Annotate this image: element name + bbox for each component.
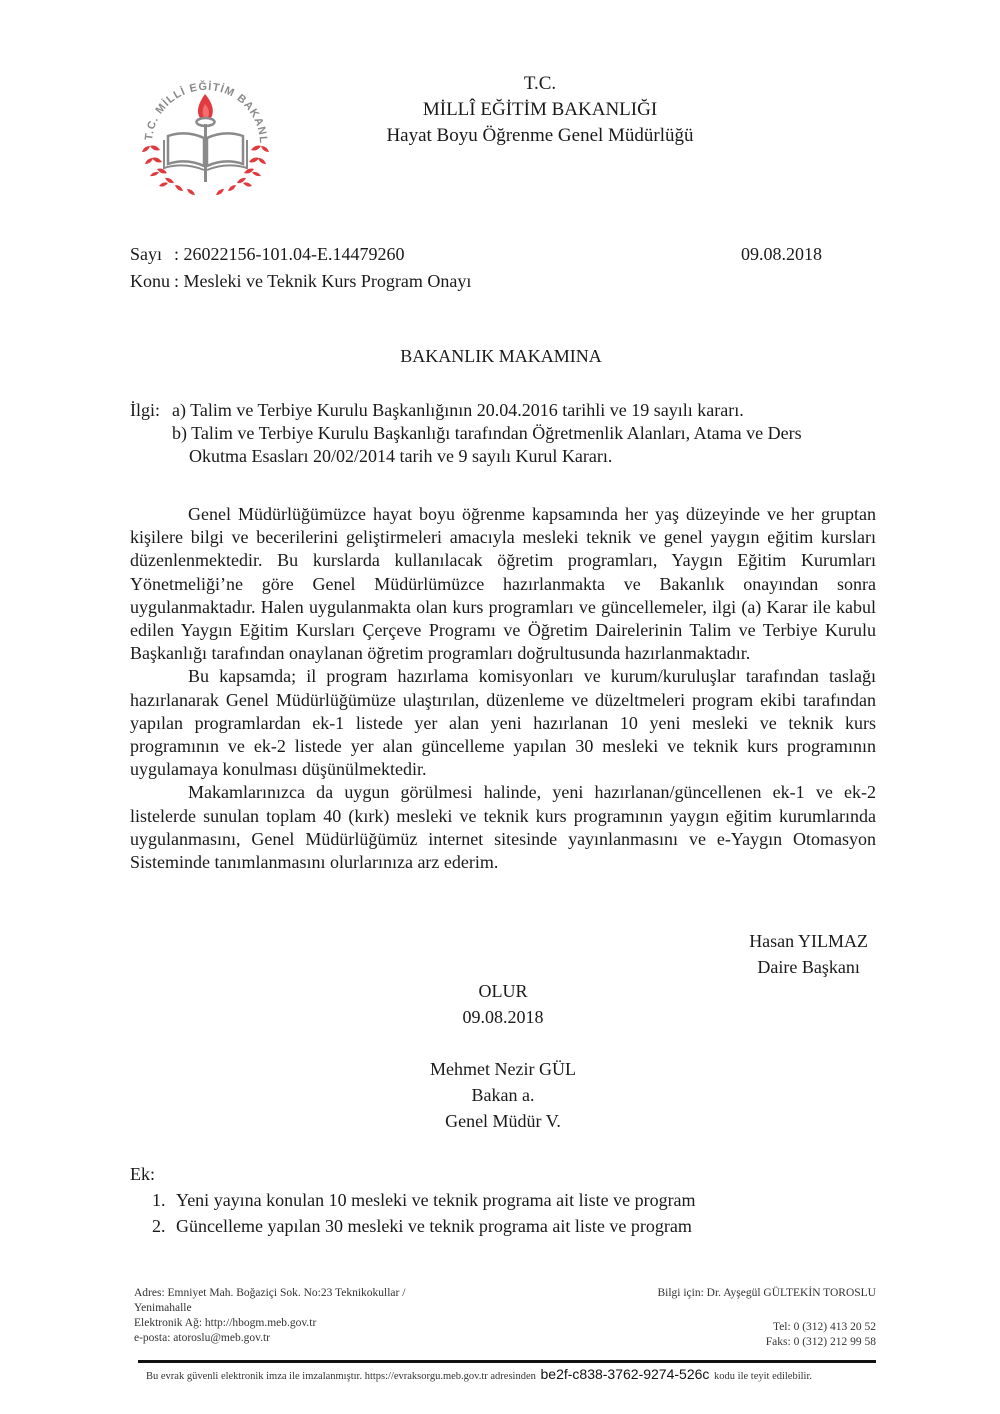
body-paragraph: Bu kapsamda; il program hazırlama komisy… [130, 665, 876, 781]
footer-info: Bilgi için: Dr. Ayşegül GÜLTEKİN TOROSLU [657, 1286, 876, 1301]
footer-tel: Tel: 0 (312) 413 20 52 [766, 1320, 876, 1335]
verification-prefix: Bu evrak güvenli elektronik imza ile imz… [146, 1371, 536, 1382]
body-paragraph: Makamlarınızca da uygun görülmesi halind… [130, 781, 876, 874]
header-tc: T.C. [340, 72, 740, 96]
footer-contact: Adres: Emniyet Mah. Boğaziçi Sok. No:23 … [134, 1286, 474, 1346]
footer-email: e-posta: atoroslu@meb.gov.tr [134, 1331, 474, 1346]
approver-title: Genel Müdür V. [380, 1108, 626, 1134]
approver-block: Mehmet Nezir GÜL Bakan a. Genel Müdür V. [380, 1056, 626, 1134]
verification-code: be2f-c838-3762-9274-526c [539, 1366, 712, 1382]
addressee: BAKANLIK MAKAMINA [130, 346, 872, 367]
ilgi-a: İlgi:a) Talim ve Terbiye Kurulu Başkanlı… [130, 399, 802, 422]
attachment-item: Yeni yayına konulan 10 mesleki ve teknik… [170, 1187, 696, 1213]
document-date: 09.08.2018 [741, 243, 822, 265]
letter-body: Genel Müdürlüğümüzce hayat boyu öğrenme … [130, 503, 876, 874]
approver-role: Bakan a. [380, 1082, 626, 1108]
attachments: Ek: Yeni yayına konulan 10 mesleki ve te… [130, 1161, 696, 1239]
ilgi-b-line2: Okutma Esasları 20/02/2014 tarih ve 9 sa… [130, 445, 802, 468]
footer-address-2: Yenimahalle [134, 1301, 474, 1316]
signer-title: Daire Başkanı [749, 954, 868, 980]
header-directorate: Hayat Boyu Öğrenme Genel Müdürlüğü [340, 124, 740, 148]
verification-note: Bu evrak güvenli elektronik imza ile imz… [146, 1366, 812, 1382]
meb-emblem-icon: T.C. MİLLİ EĞİTİM BAKANLIĞI [138, 66, 273, 198]
approval-date: 09.08.2018 [380, 1004, 626, 1030]
footer-divider [138, 1360, 876, 1363]
header-ministry: MİLLÎ EĞİTİM BAKANLIĞI [340, 98, 740, 122]
attachments-label: Ek: [130, 1161, 696, 1187]
footer-address: Adres: Emniyet Mah. Boğaziçi Sok. No:23 … [134, 1286, 474, 1301]
signer-block: Hasan YILMAZ Daire Başkanı [749, 928, 868, 980]
footer-fax: Faks: 0 (312) 212 99 58 [766, 1335, 876, 1350]
body-paragraph: Genel Müdürlüğümüzce hayat boyu öğrenme … [130, 503, 876, 665]
ilgi-label: İlgi: [130, 399, 172, 422]
konu-line: Konu: Mesleki ve Teknik Kurs Program Ona… [130, 270, 471, 292]
ilgi-b-line1: b) Talim ve Terbiye Kurulu Başkanlığı ta… [130, 422, 802, 445]
attachment-item: Güncelleme yapılan 30 mesleki ve teknik … [170, 1213, 696, 1239]
footer-phones: Tel: 0 (312) 413 20 52 Faks: 0 (312) 212… [766, 1320, 876, 1350]
signer-name: Hasan YILMAZ [749, 928, 868, 954]
sayi-label: Sayı [130, 243, 174, 265]
sayi-line: Sayı: 26022156-101.04-E.14479260 [130, 243, 404, 265]
approver-name: Mehmet Nezir GÜL [380, 1056, 626, 1082]
sayi-value: : 26022156-101.04-E.14479260 [174, 244, 404, 264]
approval-block: OLUR 09.08.2018 [380, 978, 626, 1030]
konu-value: : Mesleki ve Teknik Kurs Program Onayı [174, 271, 471, 291]
ilgi-section: İlgi:a) Talim ve Terbiye Kurulu Başkanlı… [130, 399, 802, 468]
verification-suffix: kodu ile teyit edilebilir. [714, 1371, 812, 1382]
konu-label: Konu [130, 270, 174, 292]
footer-web: Elektronik Ağ: http://hbogm.meb.gov.tr [134, 1316, 474, 1331]
olur-label: OLUR [380, 978, 626, 1004]
